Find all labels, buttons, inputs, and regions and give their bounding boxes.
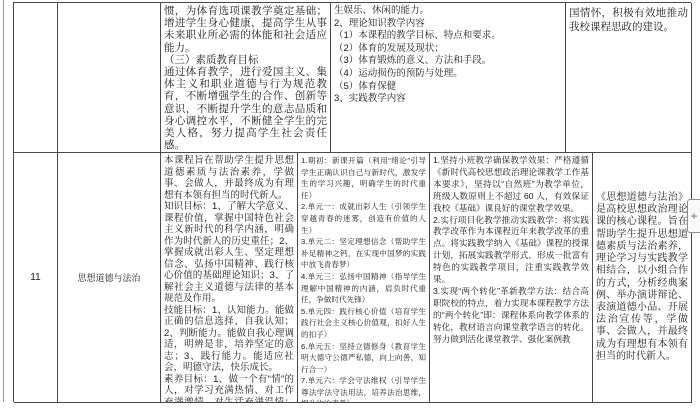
curriculum-table: 惯，为体育选项课教学奠定基础；增进学生身心健康，提高学生从事未来职业所必需的体能… [13,2,691,402]
row11-course-name-cell[interactable]: 思想道德与法治 [58,153,161,403]
cont-row-teaching-content-cell[interactable]: 生娱乐、休闲的能力。 2、理论知识教学内容 （1）本课程的教学目标、特点和要求。… [331,3,566,153]
row11-number-cell[interactable]: 11 [14,153,58,403]
row11-teaching-methods-cell[interactable]: 1.坚持小班教学确保教学效果：严格遵循《新时代高校思想政治理论课教学工作基本要求… [430,153,593,403]
row11-teaching-content-cell[interactable]: 1.期初：新课开篇（利用“绪论”引导学生正确认识自己与新时代，激发学生的学习兴趣… [298,153,430,403]
cont-row-ideology-cell[interactable]: 国情怀，积极有效地推动我校课程思政的建设。 [566,3,692,153]
cont-row-number-cell[interactable] [14,3,58,153]
insert-plus-button[interactable]: + [687,199,700,233]
cont-row-course-name-cell[interactable] [58,3,161,153]
row11-course-summary-cell[interactable]: 《思想道德与法治》是高校思想政治理论课的核心课程。旨在帮助学生提升思想道德素质与… [593,153,692,403]
row11-objectives-cell[interactable]: 本课程旨在帮助学生提升思想道德素质与法治素养，学做事、会做人，并最终成为有理想有… [161,153,298,403]
page-margin-boundary [3,0,4,402]
cont-row-objectives-cell[interactable]: 惯，为体育选项课教学奠定基础；增进学生身心健康，提高学生从事未来职业所必需的体能… [161,3,331,153]
row11-course-summary-text: 《思想道德与法治》是高校思想政治理论课的核心课程。旨在帮助学生提升思想道德素质与… [596,192,688,363]
